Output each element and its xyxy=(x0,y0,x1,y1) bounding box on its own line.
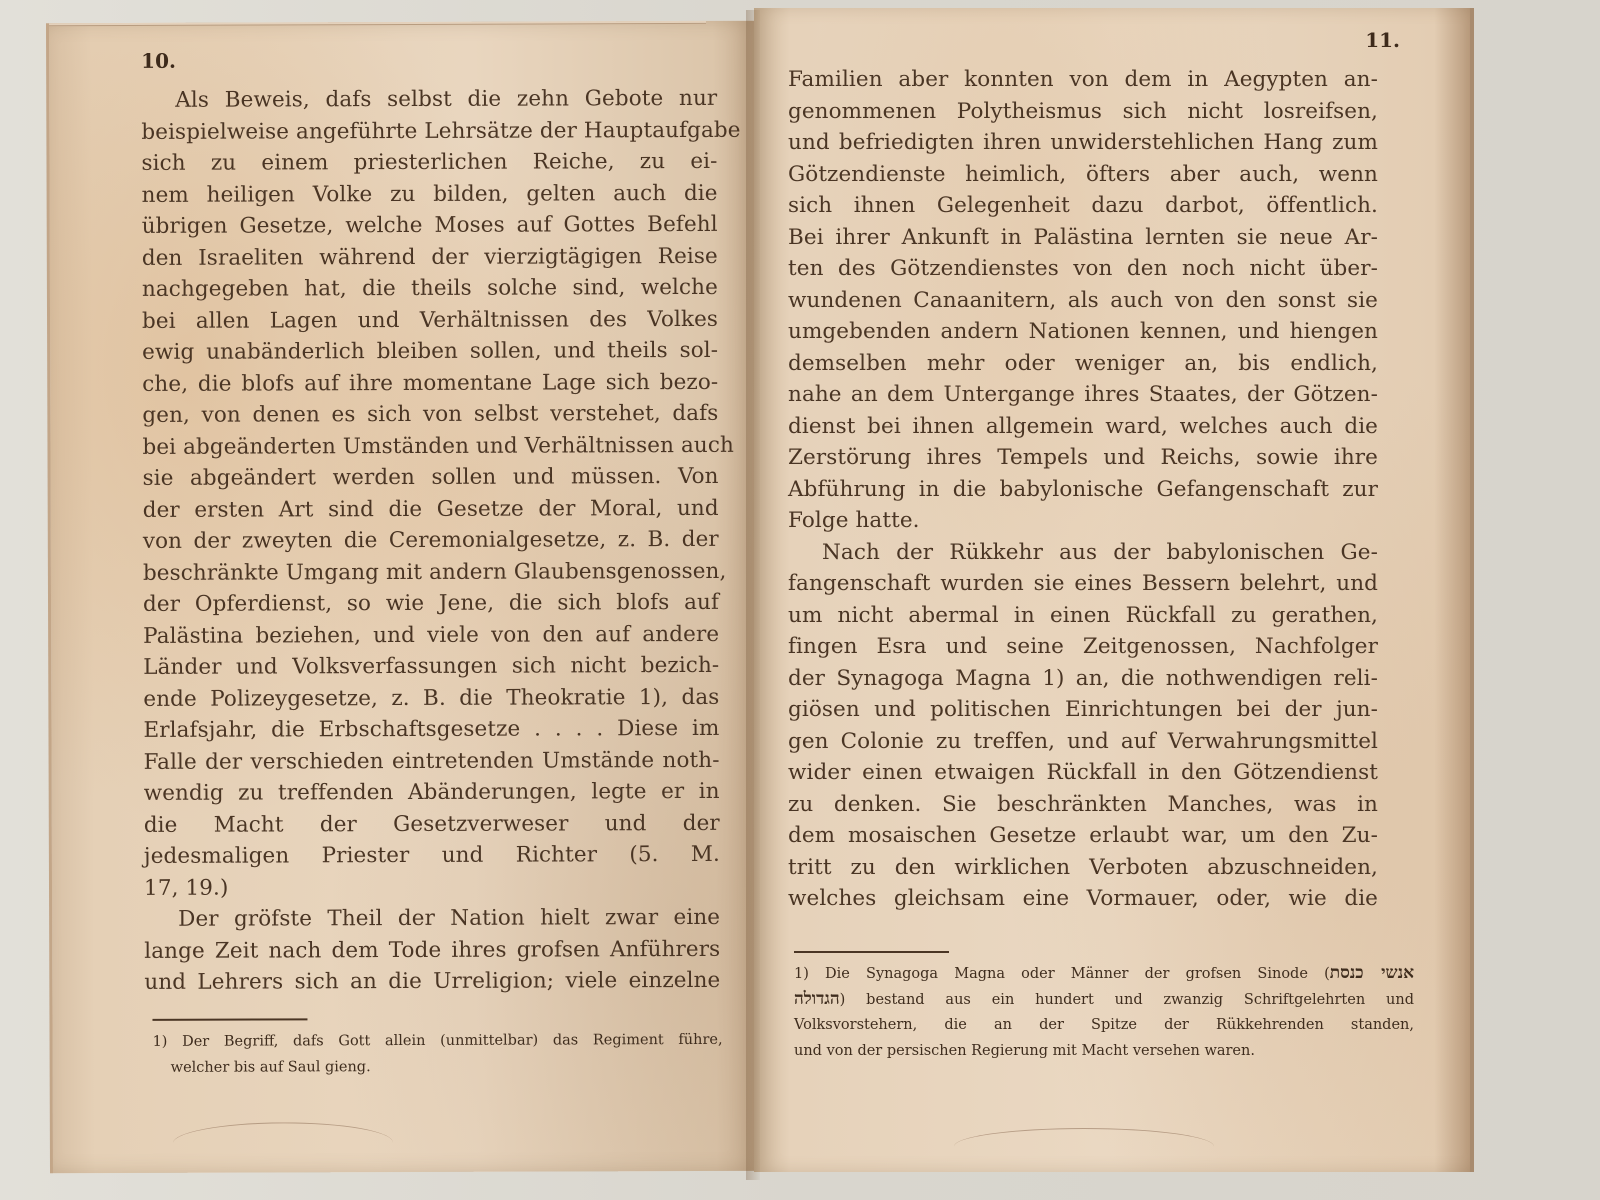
text-line: Folge hatte. xyxy=(788,505,1378,537)
text-line: Palästina beziehen, und viele von den au… xyxy=(143,618,719,652)
text-line: 1) Der Begriff, dafs Gott allein (unmitt… xyxy=(153,1027,723,1055)
text-line: Abführung in die babylonische Gefangensc… xyxy=(788,474,1378,506)
text-line: tritt zu den wirklichen Verboten abzusch… xyxy=(788,852,1378,884)
paper-crease xyxy=(954,1128,1214,1165)
text-line: und Lehrers sich an die Urreligion; viel… xyxy=(144,965,720,999)
text-line: und befriedigten ihren unwiderstehlichen… xyxy=(788,127,1378,159)
text-line: die Macht der Gesetzverweser und der xyxy=(144,807,720,841)
paper-crease xyxy=(173,1122,393,1164)
footnote-divider xyxy=(794,951,949,953)
left-page-footnote: 1) Der Begriff, dafs Gott allein (unmitt… xyxy=(153,1027,723,1081)
text-line: sich zu einem priesterlichen Reiche, zu … xyxy=(141,146,717,180)
text-line: wundenen Canaanitern, als auch von den s… xyxy=(788,285,1378,317)
text-line: ten des Götzendienstes von den noch nich… xyxy=(788,253,1378,285)
text-line: übrigen Gesetze, welche Moses auf Gottes… xyxy=(142,209,718,243)
text-line: wendig zu treffenden Abänderungen, legte… xyxy=(144,776,720,810)
text-line: Erlafsjahr, die Erbschaftsgesetze . . . … xyxy=(143,713,719,747)
text-line: beispielweise angeführte Lehrsätze der H… xyxy=(141,114,717,148)
text-line: fangenschaft wurden sie eines Bessern be… xyxy=(788,568,1378,600)
footnote-divider xyxy=(152,1018,307,1021)
text-line: dem mosaischen Gesetze erlaubt war, um d… xyxy=(788,820,1378,852)
text-line: welches gleichsam eine Vormauer, oder, w… xyxy=(788,883,1378,915)
text-line: ende Polizeygesetze, z. B. die Theokrati… xyxy=(143,681,719,715)
text-line: bei allen Lagen und Verhältnissen des Vo… xyxy=(142,303,718,337)
text-line: Der gröfste Theil der Nation hielt zwar … xyxy=(144,902,720,936)
text-line: den Israeliten während der vierzigtägige… xyxy=(142,240,718,274)
text-line: Familien aber konnten von dem in Aegypte… xyxy=(788,64,1378,96)
text-line: demselben mehr oder weniger an, bis endl… xyxy=(788,348,1378,380)
photo-background: 10. Als Beweis, dafs selbst die zehn Geb… xyxy=(0,0,1600,1200)
text-line: und von der persischen Regierung mit Mac… xyxy=(794,1038,1414,1064)
text-line: Als Beweis, dafs selbst die zehn Gebote … xyxy=(141,83,717,117)
text-line: von der zweyten die Ceremonialgesetze, z… xyxy=(143,524,719,558)
text-line: ewig unabänderlich bleiben sollen, und t… xyxy=(142,335,718,369)
text-line: wider einen etwaigen Rückfall in den Göt… xyxy=(788,757,1378,789)
text-line: Nach der Rükkehr aus der babylonischen G… xyxy=(788,537,1378,569)
footnote-line: 1) Die Synagoga Magna oder Männer der gr… xyxy=(794,960,1414,986)
text-line: 17, 19.) xyxy=(144,870,720,904)
left-page: 10. Als Beweis, dafs selbst die zehn Geb… xyxy=(46,21,759,1173)
text-line: dienst bei ihnen allgemein ward, welches… xyxy=(788,411,1378,443)
text-line: um nicht abermal in einen Rückfall zu ge… xyxy=(788,600,1378,632)
text-line: nahe an dem Untergange ihres Staates, de… xyxy=(788,379,1378,411)
text-line: sich ihnen Gelegenheit dazu darbot, öffe… xyxy=(788,190,1378,222)
text-line: welcher bis auf Saul gieng. xyxy=(153,1053,723,1081)
text-line: nem heiligen Volke zu bilden, gelten auc… xyxy=(142,177,718,211)
text-line: Bei ihrer Ankunft in Palästina lernten s… xyxy=(788,222,1378,254)
open-book: 10. Als Beweis, dafs selbst die zehn Geb… xyxy=(40,0,1490,1200)
page-number-left: 10. xyxy=(141,49,176,73)
text-line: Länder und Volksverfassungen sich nicht … xyxy=(143,650,719,684)
left-page-body: Als Beweis, dafs selbst die zehn Gebote … xyxy=(141,83,720,999)
text-line: che, die blofs auf ihre momentane Lage s… xyxy=(142,366,718,400)
text-line: giösen und politischen Einrichtungen bei… xyxy=(788,694,1378,726)
text-line: genommenen Polytheismus sich nicht losre… xyxy=(788,96,1378,128)
hebrew-text: הגדולה xyxy=(794,989,840,1009)
text-line: nachgegeben hat, die theils solche sind,… xyxy=(142,272,718,306)
footnote-line: הגדולה) bestand aus ein hundert und zwan… xyxy=(794,986,1414,1012)
text-line: Falle der verschieden eintretenden Umstä… xyxy=(144,744,720,778)
text-line: jedesmaligen Priester und Richter (5. M. xyxy=(144,839,720,873)
text-line: lange Zeit nach dem Tode ihres grofsen A… xyxy=(144,933,720,967)
text-line: fingen Esra und seine Zeitgenossen, Nach… xyxy=(788,631,1378,663)
text-line: der Synagoga Magna 1) an, die nothwendig… xyxy=(788,663,1378,695)
text-line: der Opferdienst, so wie Jene, die sich b… xyxy=(143,587,719,621)
right-page: 11. Familien aber konnten von dem in Aeg… xyxy=(754,8,1474,1172)
text-line: umgebenden andern Nationen kennen, und h… xyxy=(788,316,1378,348)
book-gutter xyxy=(746,10,760,1180)
text-line: sie abgeändert werden sollen und müssen.… xyxy=(143,461,719,495)
right-page-footnote: 1) Die Synagoga Magna oder Männer der gr… xyxy=(794,960,1414,1064)
text-line: beschränkte Umgang mit andern Glaubensge… xyxy=(143,555,719,589)
right-page-body: Familien aber konnten von dem in Aegypte… xyxy=(788,64,1378,915)
page-number-right: 11. xyxy=(1365,28,1400,52)
text-line: zu denken. Sie beschränkten Manches, was… xyxy=(788,789,1378,821)
text-line: Volksvorstehern, die an der Spitze der R… xyxy=(794,1012,1414,1038)
text-line: Götzendienste heimlich, öfters aber auch… xyxy=(788,159,1378,191)
text-line: gen Colonie zu treffen, und auf Verwahru… xyxy=(788,726,1378,758)
text-line: der ersten Art sind die Gesetze der Mora… xyxy=(143,492,719,526)
text-line: gen, von denen es sich von selbst verste… xyxy=(142,398,718,432)
hebrew-text: אנשי כנסת xyxy=(1330,963,1414,983)
text-line: bei abgeänderten Umständen und Verhältni… xyxy=(142,429,718,463)
text-line: Zerstörung ihres Tempels und Reichs, sow… xyxy=(788,442,1378,474)
